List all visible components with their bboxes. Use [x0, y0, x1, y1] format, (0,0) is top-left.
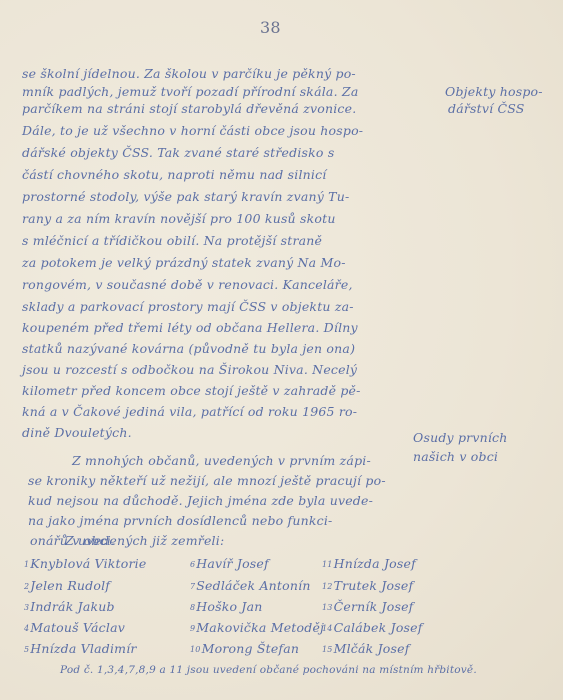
list-number: 7 — [190, 582, 195, 591]
burial-footnote: Pod č. 1,3,4,7,8,9 a 11 jsou uvedení obč… — [60, 664, 477, 676]
body-line: koupeném před třemi léty od občana Helle… — [22, 320, 358, 335]
list-item: 9Makovička Metoděj — [190, 620, 324, 635]
body-line: kilometr před koncem obce stojí ještě v … — [22, 383, 361, 398]
list-name: Matouš Václav — [30, 620, 125, 635]
list-name: Jelen Rudolf — [30, 578, 110, 593]
body-line: kud nejsou na důchodě. Jejich jména zde … — [28, 493, 373, 508]
list-name: Hoško Jan — [196, 599, 262, 614]
list-name: Knyblová Viktorie — [30, 556, 146, 571]
margin-note-line: Osudy prvních — [413, 430, 508, 445]
list-number: 4 — [24, 624, 29, 633]
list-item: 15Mlčák Josef — [322, 641, 410, 656]
body-line: statků nazývané kovárna (původně tu byla… — [22, 341, 355, 356]
list-name: Morong Štefan — [202, 641, 300, 656]
list-number: 8 — [190, 603, 195, 612]
list-item: 6Havíř Josef — [190, 556, 269, 571]
list-name: Černík Josef — [334, 599, 414, 614]
body-line: parčíkem na stráni stojí starobylá dřevě… — [22, 101, 356, 116]
list-name: Calábek Josef — [334, 620, 423, 635]
list-item: 13Černík Josef — [322, 599, 414, 614]
list-name: Hnízda Josef — [334, 556, 416, 571]
list-number: 1 — [24, 560, 29, 569]
body-line: sklady a parkovací prostory mají ČSS v o… — [22, 299, 354, 314]
list-item: 12Trutek Josef — [322, 578, 413, 593]
list-number: 12 — [322, 582, 333, 591]
list-name: Hnízda Vladimír — [30, 641, 136, 656]
page-number: 38 — [260, 18, 281, 37]
body-line: Dále, to je už všechno v horní části obc… — [22, 123, 363, 138]
list-number: 6 — [190, 560, 195, 569]
list-name: Sedláček Antonín — [196, 578, 310, 593]
margin-note-line: Objekty hospo- — [445, 84, 543, 99]
chronicle-page: 38 se školní jídelnou. Za školou v parčí… — [0, 0, 563, 700]
list-item: 7Sedláček Antonín — [190, 578, 311, 593]
margin-note-line: našich v obci — [413, 449, 498, 464]
list-item: 1Knyblová Viktorie — [24, 556, 146, 571]
list-number: 5 — [24, 645, 29, 654]
body-line: jsou u rozcestí s odbočkou na Širokou Ni… — [22, 362, 357, 377]
list-name: Mlčák Josef — [334, 641, 410, 656]
body-line: částí chovného skotu, naproti němu nad s… — [22, 167, 327, 182]
body-line: Z mnohých občanů, uvedených v prvním záp… — [72, 453, 371, 468]
list-number: 3 — [24, 603, 29, 612]
list-item: 3Indrák Jakub — [24, 599, 115, 614]
list-item: 2Jelen Rudolf — [24, 578, 110, 593]
body-line: rongovém, v současné době v renovaci. Ka… — [22, 277, 353, 292]
list-item: 4Matouš Václav — [24, 620, 125, 635]
list-number: 2 — [24, 582, 29, 591]
list-item: 8Hoško Jan — [190, 599, 263, 614]
list-name: Makovička Metoděj — [196, 620, 324, 635]
body-line: mník padlých, jemuž tvoří pozadí přírodn… — [22, 84, 358, 99]
body-line: za potokem je velký prázdný statek zvaný… — [22, 255, 346, 270]
body-line: prostorné stodoly, výše pak starý kravín… — [22, 189, 349, 204]
body-line: s mléčnicí a třídičkou obilí. Na protějš… — [22, 233, 322, 248]
list-name: Indrák Jakub — [30, 599, 114, 614]
list-name: Havíř Josef — [196, 556, 269, 571]
deceased-heading: Z uvedených již zemřeli: — [65, 533, 224, 548]
list-number: 14 — [322, 624, 333, 633]
list-name: Trutek Josef — [334, 578, 414, 593]
list-item: 5Hnízda Vladimír — [24, 641, 137, 656]
list-number: 10 — [190, 645, 201, 654]
list-number: 15 — [322, 645, 333, 654]
body-line: se kroniky někteří už nežijí, ale mnozí … — [28, 473, 386, 488]
list-item: 10Morong Štefan — [190, 641, 299, 656]
body-line: na jako jména prvních dosídlenců nebo fu… — [28, 513, 332, 528]
list-item: 14Calábek Josef — [322, 620, 423, 635]
body-line: kná a v Čakové jediná vila, patřící od r… — [22, 404, 357, 419]
list-item: 11Hnízda Josef — [322, 556, 416, 571]
list-number: 13 — [322, 603, 333, 612]
body-line: rany a za ním kravín novější pro 100 kus… — [22, 211, 336, 226]
margin-note-line: dářství ČSS — [448, 101, 525, 116]
body-line: dářské objekty ČSS. Tak zvané staré stře… — [22, 145, 334, 160]
list-number: 9 — [190, 624, 195, 633]
body-line: se školní jídelnou. Za školou v parčíku … — [22, 66, 356, 81]
body-line: dině Dvouletých. — [22, 425, 132, 440]
list-number: 11 — [322, 560, 333, 569]
